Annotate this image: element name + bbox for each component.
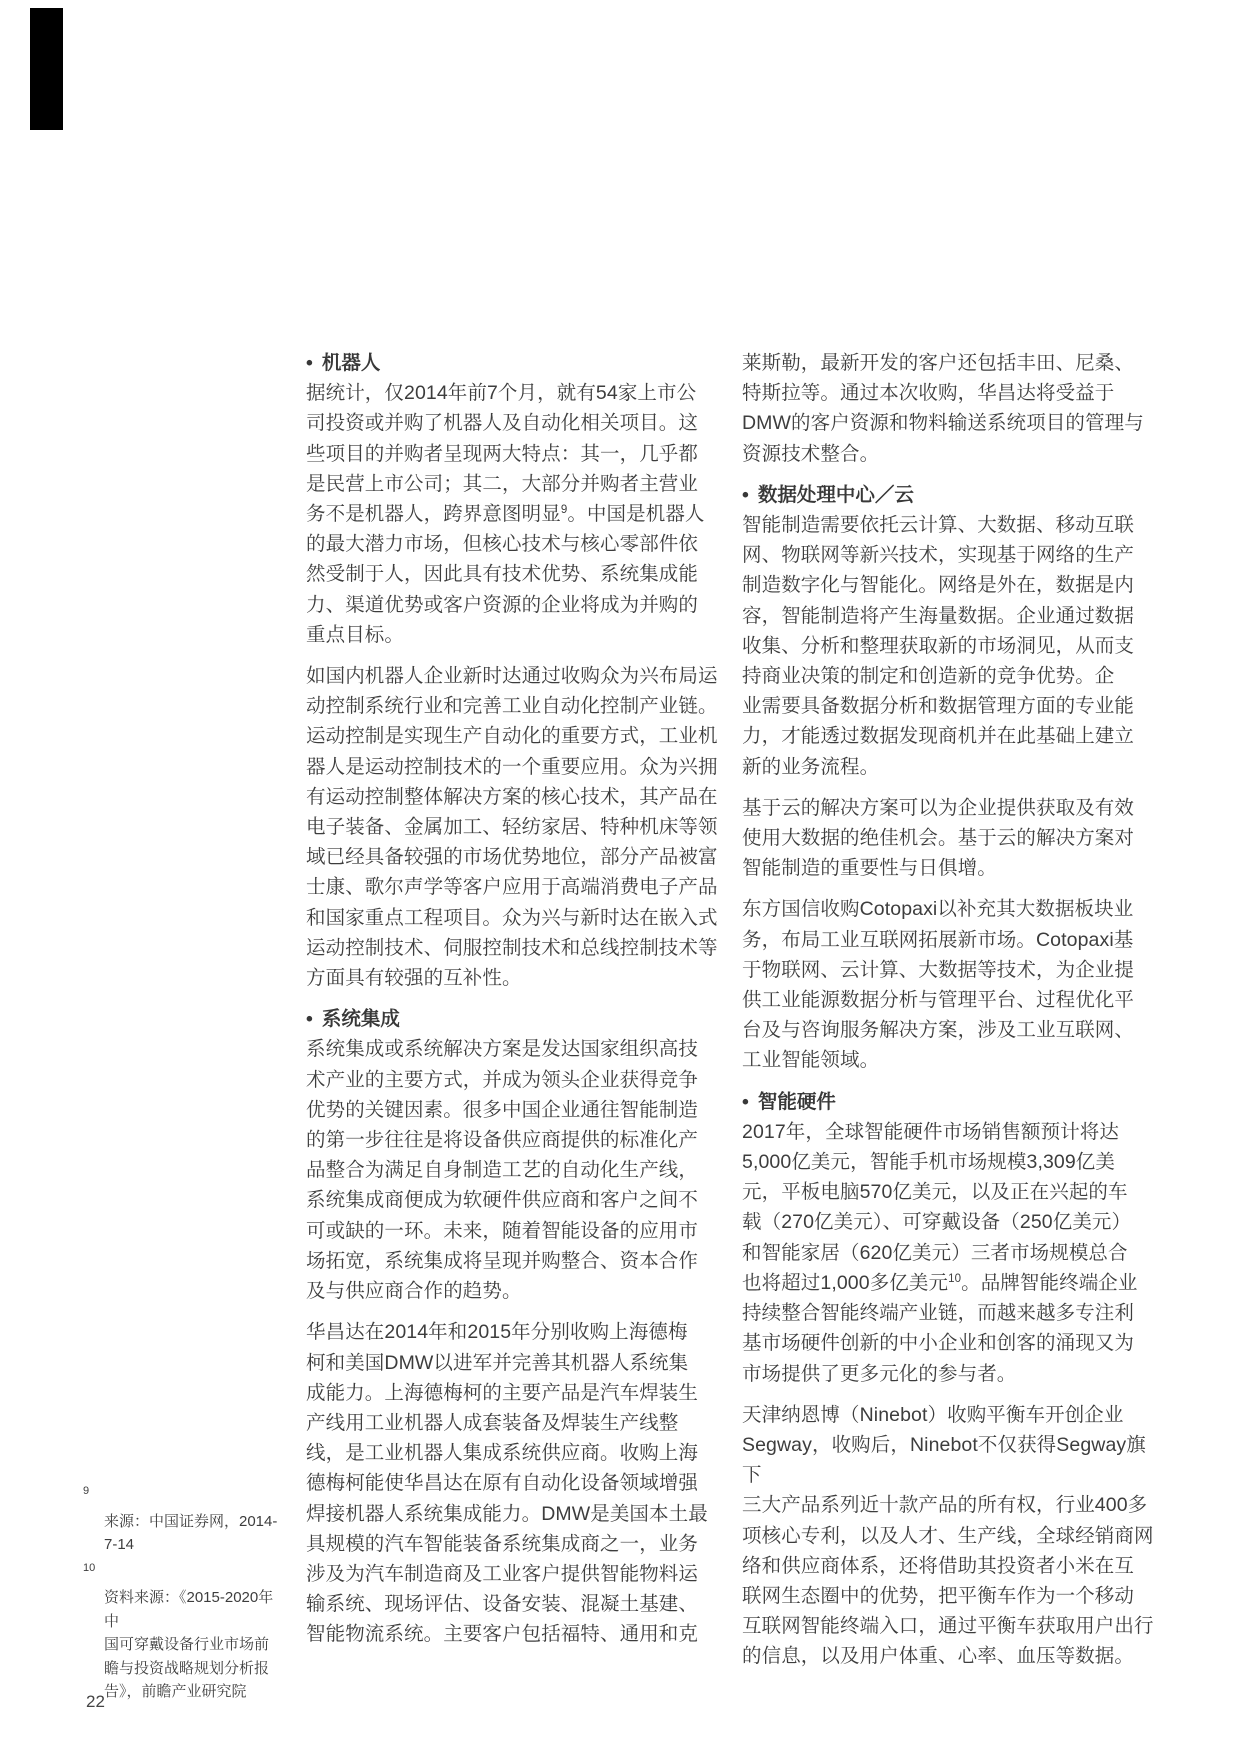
footnote-10-marker: 10 xyxy=(83,1562,95,1574)
footnote-10: 10资料来源：《2015-2020年中 国可穿戴设备行业市场前 瞻与投资战略规划… xyxy=(83,1563,279,1704)
section-header-integration: •系统集成 xyxy=(306,1004,720,1034)
paragraph-hardware-pre: 2017年，全球智能硬件市场销售额预计将达 5,000亿美元，智能手机市场规模3… xyxy=(742,1121,1131,1294)
paragraph-ninebot: 天津纳恩博（Ninebot）收购平衡车开创企业 Segway，收购后，Nineb… xyxy=(742,1400,1156,1672)
footnote-9: 9来源：中国证券网，2014- 7-14 xyxy=(83,1486,279,1557)
paragraph-robotics-statistics: 据统计，仅2014年前7个月，就有54家上市公 司投资或并购了机器人及自动化相关… xyxy=(306,378,720,650)
corner-tab xyxy=(30,8,63,130)
bullet-icon: • xyxy=(306,1008,313,1030)
paragraph-cloud-solution: 基于云的解决方案可以为企业提供获取及有效 使用大数据的绝佳机会。基于云的解决方案… xyxy=(742,793,1156,884)
paragraph-xinshida: 如国内机器人企业新时达通过收购众为兴布局运 动控制系统行业和完善工业自动化控制产… xyxy=(306,661,720,993)
paragraph-chrysler: 莱斯勒，最新开发的客户还包括丰田、尼桑、 特斯拉等。通过本次收购，华昌达将受益于… xyxy=(742,348,1156,469)
paragraph-dongfangguoxin: 东方国信收购Cotopaxi以补充其大数据板块业 务，布局工业互联网拓展新市场。… xyxy=(742,894,1156,1075)
left-column: •机器人 据统计，仅2014年前7个月，就有54家上市公 司投资或并购了机器人及… xyxy=(306,348,720,1650)
paragraph-cloud-intro: 智能制造需要依托云计算、大数据、移动互联 网、物联网等新兴技术，实现基于网络的生… xyxy=(742,510,1156,782)
footnote-ref-9: 9 xyxy=(561,504,568,516)
section-header-hardware-label: 智能硬件 xyxy=(758,1091,836,1113)
page: •机器人 据统计，仅2014年前7个月，就有54家上市公 司投资或并购了机器人及… xyxy=(0,0,1240,1754)
bullet-icon: • xyxy=(306,352,313,374)
footnotes: 9来源：中国证券网，2014- 7-14 10资料来源：《2015-2020年中… xyxy=(83,1486,279,1710)
right-column: 莱斯勒，最新开发的客户还包括丰田、尼桑、 特斯拉等。通过本次收购，华昌达将受益于… xyxy=(742,348,1156,1672)
page-number: 22 xyxy=(86,1691,105,1713)
paragraph-integration: 系统集成或系统解决方案是发达国家组织高技 术产业的主要方式，并成为领头企业获得竞… xyxy=(306,1034,720,1306)
section-header-datacenter-label: 数据处理中心／云 xyxy=(758,484,914,506)
bullet-icon: • xyxy=(742,484,749,506)
footnote-ref-10: 10 xyxy=(948,1273,961,1285)
section-header-robotics: •机器人 xyxy=(306,348,720,378)
footnote-10-text: 资料来源：《2015-2020年中 国可穿戴设备行业市场前 瞻与投资战略规划分析… xyxy=(104,1589,273,1700)
section-header-hardware: •智能硬件 xyxy=(742,1087,1156,1117)
section-header-integration-label: 系统集成 xyxy=(322,1008,400,1030)
section-header-robotics-label: 机器人 xyxy=(322,352,381,374)
paragraph-huachangda: 华昌达在2014年和2015年分别收购上海德梅 柯和美国DMW以进军并完善其机器… xyxy=(306,1317,720,1649)
paragraph-hardware: 2017年，全球智能硬件市场销售额预计将达 5,000亿美元，智能手机市场规模3… xyxy=(742,1117,1156,1389)
footnote-9-text: 来源：中国证券网，2014- 7-14 xyxy=(104,1513,277,1554)
footnote-9-marker: 9 xyxy=(83,1485,89,1497)
bullet-icon: • xyxy=(742,1091,749,1113)
section-header-datacenter: •数据处理中心／云 xyxy=(742,480,1156,510)
